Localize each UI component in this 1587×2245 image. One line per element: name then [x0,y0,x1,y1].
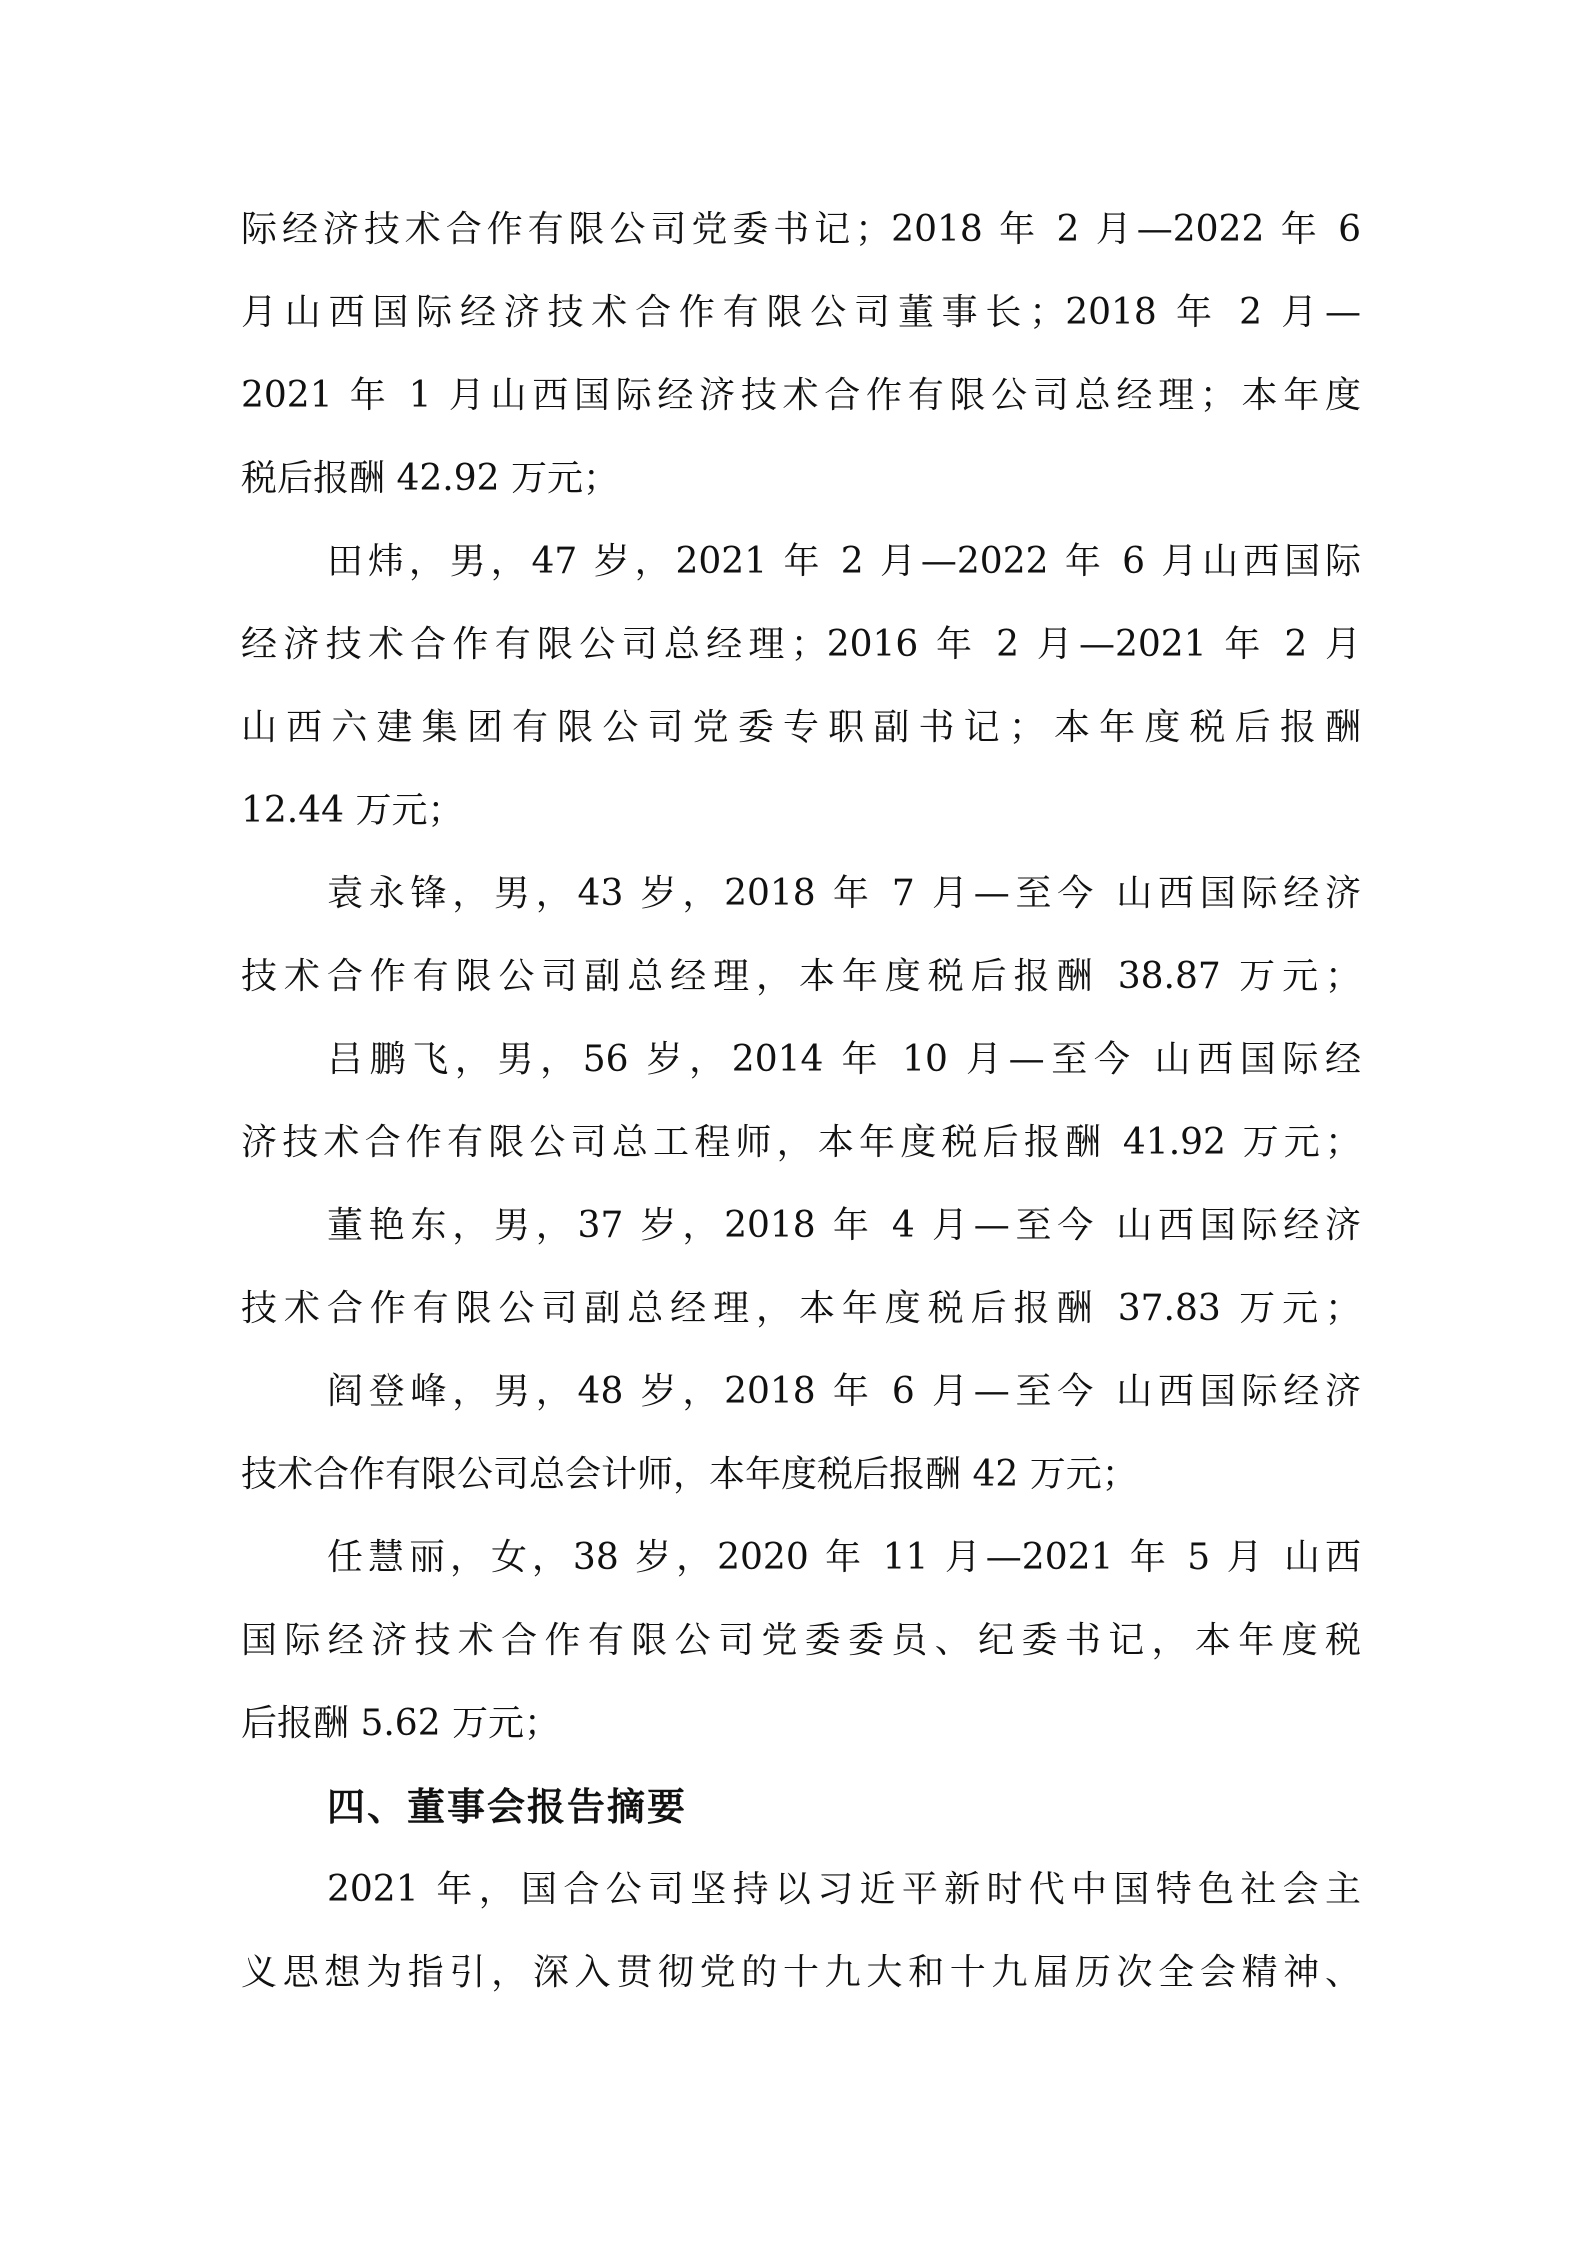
text-line: 济技术合作有限公司总工程师，本年度税后报酬 41.92 万元； [241,1113,1361,1173]
text-line: 吕鹏飞，男，56 岁，2014 年 10 月—至今 山西国际经 [327,1030,1361,1090]
text-line: 田炜，男，47 岁，2021 年 2 月—2022 年 6 月山西国际 [327,532,1361,592]
text-line: 税后报酬 42.92 万元； [241,449,1361,509]
text-line: 2021 年 1 月山西国际经济技术合作有限公司总经理；本年度 [241,366,1361,426]
text-line: 任慧丽，女，38 岁，2020 年 11 月—2021 年 5 月 山西 [327,1528,1361,1588]
text-line: 技术合作有限公司副总经理，本年度税后报酬 38.87 万元； [241,947,1361,1007]
text-line: 国际经济技术合作有限公司党委委员、纪委书记，本年度税 [241,1611,1361,1671]
text-line: 技术合作有限公司副总经理，本年度税后报酬 37.83 万元； [241,1279,1361,1339]
document-page: 际经济技术合作有限公司党委书记；2018 年 2 月—2022 年 6 月山西国… [0,0,1587,2245]
text-line: 12.44 万元； [241,781,1361,841]
text-line: 后报酬 5.62 万元； [241,1694,1361,1754]
text-line: 山西六建集团有限公司党委专职副书记；本年度税后报酬 [241,698,1361,758]
text-line: 2021 年，国合公司坚持以习近平新时代中国特色社会主 [327,1860,1361,1920]
section-heading: 四、董事会报告摘要 [327,1777,687,1837]
text-line: 月山西国际经济技术合作有限公司董事长；2018 年 2 月— [241,283,1361,343]
text-line: 董艳东，男，37 岁，2018 年 4 月—至今 山西国际经济 [327,1196,1361,1256]
text-line: 经济技术合作有限公司总经理；2016 年 2 月—2021 年 2 月 [241,615,1361,675]
text-line: 义思想为指引，深入贯彻党的十九大和十九届历次全会精神、 [241,1943,1361,2003]
text-line: 际经济技术合作有限公司党委书记；2018 年 2 月—2022 年 6 [241,200,1361,260]
text-line: 袁永锋，男，43 岁，2018 年 7 月—至今 山西国际经济 [327,864,1361,924]
text-line: 阎登峰，男，48 岁，2018 年 6 月—至今 山西国际经济 [327,1362,1361,1422]
text-line: 技术合作有限公司总会计师，本年度税后报酬 42 万元； [241,1445,1361,1505]
